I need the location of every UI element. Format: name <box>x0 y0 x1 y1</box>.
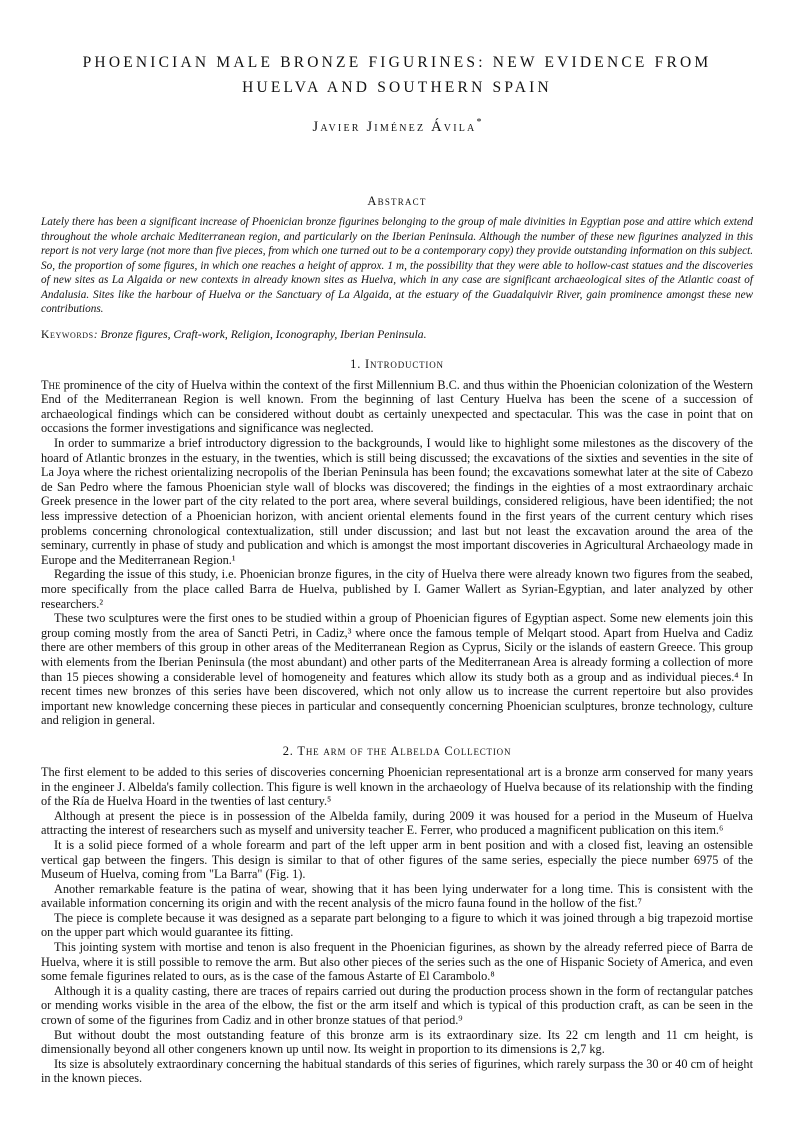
lead-word: The <box>41 378 61 392</box>
author-byline: Javier Jiménez Ávila* <box>41 117 753 136</box>
paper-masthead: PHOENICIAN MALE BRONZE FIGURINES: NEW EV… <box>41 50 753 136</box>
paragraph: The first element to be added to this se… <box>41 765 753 809</box>
paragraph: But without doubt the most outstanding f… <box>41 1028 753 1057</box>
section-albelda-arm: 2. The arm of the Albelda Collection The… <box>41 744 753 1086</box>
paragraph: The prominence of the city of Huelva wit… <box>41 378 753 436</box>
keywords-line: Keywords: Bronze figures, Craft-work, Re… <box>41 328 753 341</box>
paragraph: This jointing system with mortise and te… <box>41 940 753 984</box>
section-introduction: 1. Introduction The prominence of the ci… <box>41 357 753 728</box>
section-1-heading: 1. Introduction <box>41 357 753 372</box>
paragraph: The piece is complete because it was des… <box>41 911 753 940</box>
paper-title: PHOENICIAN MALE BRONZE FIGURINES: NEW EV… <box>41 50 753 100</box>
abstract-heading: Abstract <box>41 194 753 209</box>
paragraph: These two sculptures were the first ones… <box>41 611 753 728</box>
title-line-2: HUELVA AND SOUTHERN SPAIN <box>41 75 753 100</box>
author-affiliation-mark: * <box>476 117 481 128</box>
title-line-1: PHOENICIAN MALE BRONZE FIGURINES: NEW EV… <box>41 50 753 75</box>
paragraph: Its size is absolutely extraordinary con… <box>41 1057 753 1086</box>
paragraph: Another remarkable feature is the patina… <box>41 882 753 911</box>
author-name: Javier Jiménez Ávila <box>313 119 477 135</box>
paragraph: It is a solid piece formed of a whole fo… <box>41 838 753 882</box>
paragraph: Although at present the piece is in poss… <box>41 809 753 838</box>
keywords-label: Keywords <box>41 328 94 341</box>
paragraph-text: prominence of the city of Huelva within … <box>41 378 753 436</box>
abstract-section: Abstract Lately there has been a signifi… <box>41 194 753 341</box>
paragraph: In order to summarize a brief introducto… <box>41 436 753 567</box>
section-2-heading: 2. The arm of the Albelda Collection <box>41 744 753 759</box>
keywords-text: : Bronze figures, Craft-work, Religion, … <box>94 328 427 341</box>
paragraph: Regarding the issue of this study, i.e. … <box>41 567 753 611</box>
abstract-text: Lately there has been a significant incr… <box>41 215 753 317</box>
paragraph: Although it is a quality casting, there … <box>41 984 753 1028</box>
paper-page: PHOENICIAN MALE BRONZE FIGURINES: NEW EV… <box>0 0 794 1123</box>
